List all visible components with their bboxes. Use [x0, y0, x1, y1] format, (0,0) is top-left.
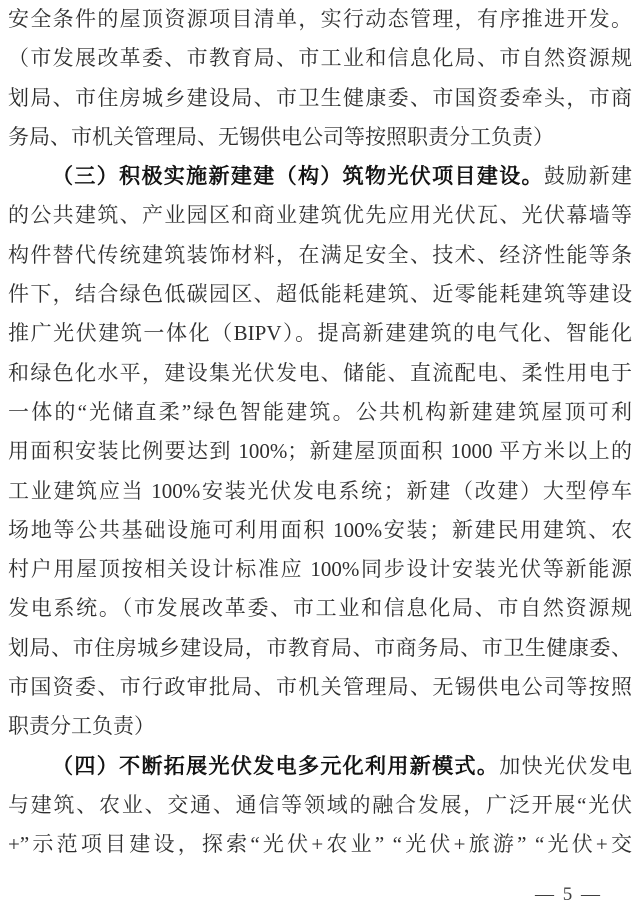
text-line: （四）不断拓展光伏发电多元化利用新模式。加快光伏发电 [8, 747, 632, 786]
text-line: 一体的“光储直柔”绿色智能建筑。公共机构新建建筑屋顶可利 [8, 393, 632, 432]
text-line: 市国资委、市行政审批局、市机关管理局、无锡供电公司等按照 [8, 668, 632, 707]
text-run: 安全条件的屋顶资源项目清单，实行动态管理，有序推进开发。 [8, 7, 632, 31]
text-run: 加快光伏发电 [499, 754, 632, 778]
text-line: 场地等公共基础设施可利用面积 100%安装；新建民用建筑、农 [8, 511, 632, 550]
text-line: 件下，结合绿色低碳园区、超低能耗建筑、近零能耗建筑等建设 [8, 275, 632, 314]
text-run: 与建筑、农业、交通、通信等领域的融合发展，广泛开展“光伏 [8, 793, 632, 817]
text-line: 用面积安装比例要达到 100%；新建屋顶面积 1000 平方米以上的 [8, 432, 632, 471]
text-line: 划局、市住房城乡建设局、市卫生健康委、市国资委牵头，市商 [8, 79, 632, 118]
text-line: 和绿色化水平，建设集光伏发电、储能、直流配电、柔性用电于 [8, 354, 632, 393]
text-line: 职责分工负责） [8, 707, 632, 746]
text-line: （市发展改革委、市教育局、市工业和信息化局、市自然资源规 [8, 39, 632, 78]
text-line: 务局、市机关管理局、无锡供电公司等按照职责分工负责） [8, 118, 632, 157]
heading-run: （四）不断拓展光伏发电多元化利用新模式。 [52, 754, 499, 778]
text-line: 与建筑、农业、交通、通信等领域的融合发展，广泛开展“光伏 [8, 786, 632, 825]
text-line: 安全条件的屋顶资源项目清单，实行动态管理，有序推进开发。 [8, 0, 632, 39]
text-run: 职责分工负责） [8, 714, 155, 738]
text-run: 构件替代传统建筑装饰材料，在满足安全、技术、经济性能等条 [8, 243, 632, 267]
text-run: 市国资委、市行政审批局、市机关管理局、无锡供电公司等按照 [8, 675, 632, 699]
text-run: 场地等公共基础设施可利用面积 100%安装；新建民用建筑、农 [8, 518, 632, 542]
text-run: 务局、市机关管理局、无锡供电公司等按照职责分工负责） [8, 125, 554, 149]
text-run: 工业建筑应当 100%安装光伏发电系统；新建（改建）大型停车 [8, 479, 632, 503]
text-line: 划局、市住房城乡建设局，市教育局、市商务局、市卫生健康委、 [8, 629, 632, 668]
text-run: +”示范项目建设，探索“光伏+农业” “光伏+旅游” “光伏+交 [8, 832, 632, 856]
heading-run: （三）积极实施新建建（构）筑物光伏项目建设。 [52, 164, 544, 188]
text-run: （市发展改革委、市教育局、市工业和信息化局、市自然资源规 [8, 46, 632, 70]
text-run: 鼓励新建 [544, 164, 632, 188]
text-line: 的公共建筑、产业园区和商业建筑优先应用光伏瓦、光伏幕墙等 [8, 196, 632, 235]
text-line: +”示范项目建设，探索“光伏+农业” “光伏+旅游” “光伏+交 [8, 825, 632, 864]
text-run: 件下，结合绿色低碳园区、超低能耗建筑、近零能耗建筑等建设 [8, 282, 632, 306]
text-run: 划局、市住房城乡建设局，市教育局、市商务局、市卫生健康委、 [8, 636, 632, 660]
text-run: 和绿色化水平，建设集光伏发电、储能、直流配电、柔性用电于 [8, 361, 632, 385]
text-line: 村户用屋顶按相关设计标准应 100%同步设计安装光伏等新能源 [8, 550, 632, 589]
document-page: 安全条件的屋顶资源项目清单，实行动态管理，有序推进开发。（市发展改革委、市教育局… [0, 0, 640, 915]
page-number: — 5 — [535, 880, 602, 910]
text-run: 用面积安装比例要达到 100%；新建屋顶面积 1000 平方米以上的 [8, 439, 632, 463]
text-line: 工业建筑应当 100%安装光伏发电系统；新建（改建）大型停车 [8, 472, 632, 511]
text-line: （三）积极实施新建建（构）筑物光伏项目建设。鼓励新建 [8, 157, 632, 196]
text-run: 发电系统。 [8, 596, 122, 620]
text-line: 推广光伏建筑一体化（BIPV）。提高新建建筑的电气化、智能化 [8, 314, 632, 353]
text-run: （市发展改革委、市工业和信息化局、市自然资源规 [122, 596, 632, 620]
text-run: 划局、市住房城乡建设局、市卫生健康委、市国资委牵头，市商 [8, 86, 632, 110]
text-line: 发电系统。（市发展改革委、市工业和信息化局、市自然资源规 [8, 589, 632, 628]
text-run: 村户用屋顶按相关设计标准应 100%同步设计安装光伏等新能源 [8, 557, 632, 581]
document-body: 安全条件的屋顶资源项目清单，实行动态管理，有序推进开发。（市发展改革委、市教育局… [8, 0, 632, 865]
text-run: 一体的“光储直柔”绿色智能建筑。公共机构新建建筑屋顶可利 [8, 400, 632, 424]
text-run: 推广光伏建筑一体化（BIPV）。提高新建建筑的电气化、智能化 [8, 321, 632, 345]
text-line: 构件替代传统建筑装饰材料，在满足安全、技术、经济性能等条 [8, 236, 632, 275]
text-run: 的公共建筑、产业园区和商业建筑优先应用光伏瓦、光伏幕墙等 [8, 203, 632, 227]
